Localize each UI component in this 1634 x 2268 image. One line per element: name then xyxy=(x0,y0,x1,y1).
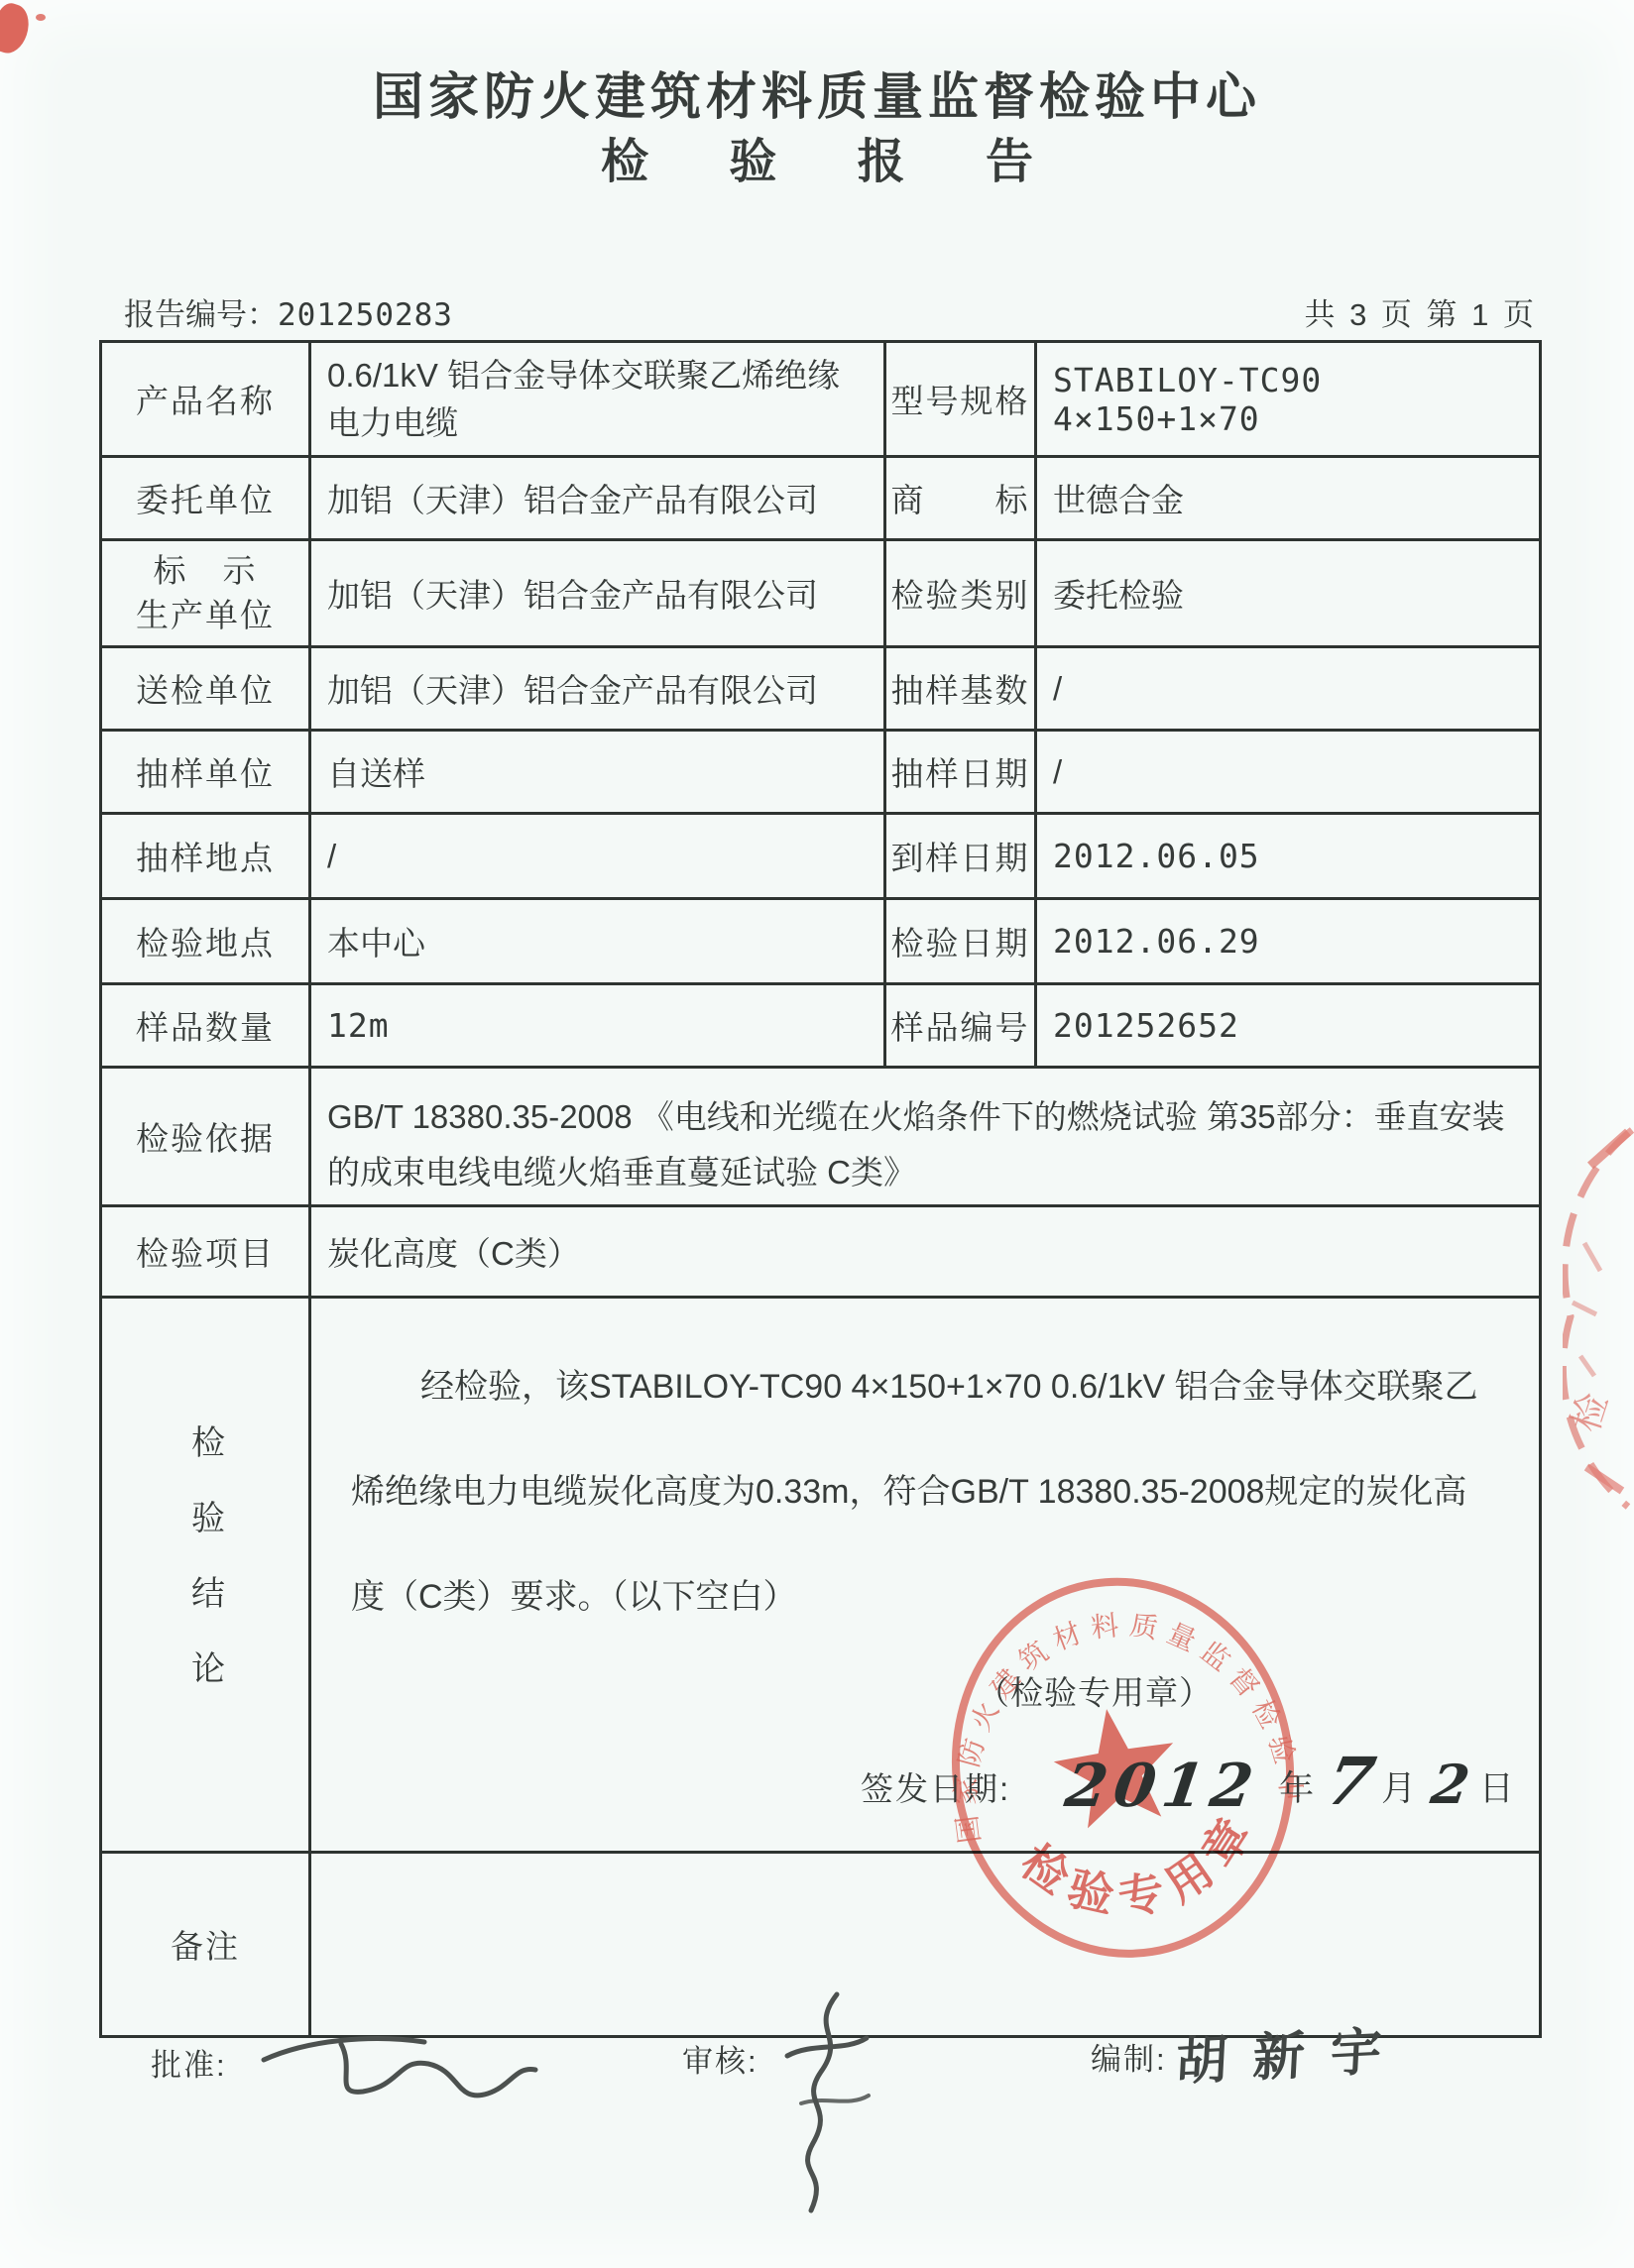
producer-name: 加铝（天津）铝合金产品有限公司 xyxy=(308,541,883,645)
table-row: 标 示 生产单位 加铝（天津）铝合金产品有限公司 检验类别 委托检验 xyxy=(102,538,1539,645)
conclusion-label: 检验结论 xyxy=(102,1299,308,1851)
review-label: 审核: xyxy=(682,2036,759,2081)
table-row: 产品名称 0.6/1kV 铝合金导体交联聚乙烯绝缘电力电缆 型号规格 STABI… xyxy=(102,343,1539,455)
inspection-basis: GB/T 18380.35-2008 《电线和光缆在火焰条件下的燃烧试验 第35… xyxy=(308,1069,1539,1204)
brand-name: 世德合金 xyxy=(1034,458,1539,538)
inspection-date: 2012.06.29 xyxy=(1034,900,1539,982)
page-count: 共 3 页 第 1 页 xyxy=(1304,289,1537,334)
row-label: 产品名称 xyxy=(102,343,308,455)
inspection-item: 炭化高度（C类） xyxy=(308,1207,1539,1296)
row-label: 检验依据 xyxy=(102,1069,308,1204)
client-name: 加铝（天津）铝合金产品有限公司 xyxy=(308,458,883,538)
issue-month-handwritten: 7 xyxy=(1320,1743,1382,1820)
row-label: 委托单位 xyxy=(102,458,308,538)
table-row-basis: 检验依据 GB/T 18380.35-2008 《电线和光缆在火焰条件下的燃烧试… xyxy=(102,1066,1539,1204)
row-label: 标 示 生产单位 xyxy=(102,541,308,645)
sampling-base: / xyxy=(1034,648,1539,729)
sampling-date: / xyxy=(1034,732,1539,812)
prepare-label: 编制: xyxy=(1091,2034,1167,2079)
row-label: 送检单位 xyxy=(102,648,308,729)
inspection-place: 本中心 xyxy=(308,900,883,982)
red-ink-artifact xyxy=(0,0,35,57)
sample-quantity: 12m xyxy=(308,985,883,1066)
table-row: 送检单位 加铝（天津）铝合金产品有限公司 抽样基数 / xyxy=(102,645,1539,729)
report-meta-row: 报告编号：201250283 共 3 页 第 1 页 xyxy=(124,289,1537,334)
row-label2: 商 标 xyxy=(883,458,1034,538)
report-title: 检 验 报 告 xyxy=(0,123,1634,191)
scanned-report-page: 国家防火建筑材料质量监督检验中心 检 验 报 告 报告编号：201250283 … xyxy=(0,0,1634,2268)
row-label2: 检验类别 xyxy=(883,541,1034,645)
model-spec: STABILOY-TC90 4×150+1×70 xyxy=(1034,343,1539,455)
report-number-label: 报告编号： xyxy=(124,297,278,332)
issue-month-unit: 月 xyxy=(1381,1761,1416,1811)
row-label: 检验项目 xyxy=(102,1207,308,1296)
approve-label: 批准: xyxy=(151,2040,227,2085)
table-row: 检验地点 本中心 检验日期 2012.06.29 xyxy=(102,897,1539,982)
inspection-type: 委托检验 xyxy=(1034,541,1539,645)
stamp-caption: （检验专用章） xyxy=(977,1667,1213,1714)
issue-date-line: 签发日期: 2012 年 7 月 2 日 xyxy=(861,1743,1520,1830)
row-label2: 抽样日期 xyxy=(883,732,1034,812)
table-row: 委托单位 加铝（天津）铝合金产品有限公司 商 标 世德合金 xyxy=(102,455,1539,538)
edge-stamp-artifact: 检 xyxy=(1563,1122,1634,1515)
row-label2: 检验日期 xyxy=(883,900,1034,982)
issue-date-label: 签发日期: xyxy=(861,1763,1010,1810)
arrival-date: 2012.06.05 xyxy=(1034,815,1539,897)
issue-year-unit: 年 xyxy=(1279,1761,1314,1811)
table-row: 抽样地点 / 到样日期 2012.06.05 xyxy=(102,812,1539,897)
row-label2: 抽样基数 xyxy=(883,648,1034,729)
issue-day-handwritten: 2 xyxy=(1428,1753,1474,1816)
row-label: 样品数量 xyxy=(102,985,308,1066)
sample-number: 201252652 xyxy=(1034,985,1539,1066)
review-signature xyxy=(750,1984,898,2232)
sampling-unit: 自送样 xyxy=(308,732,883,812)
issue-year-handwritten: 2012 xyxy=(1061,1752,1264,1821)
report-number: 报告编号：201250283 xyxy=(124,289,453,334)
row-value: 0.6/1kV 铝合金导体交联聚乙烯绝缘电力电缆 xyxy=(308,343,883,455)
report-number-value: 201250283 xyxy=(278,297,453,333)
prepare-signature-name: 胡新宇 xyxy=(1174,2008,1410,2096)
issue-day-unit: 日 xyxy=(1479,1761,1514,1811)
row-label: 抽样地点 xyxy=(102,815,308,897)
row-label: 检验地点 xyxy=(102,900,308,982)
red-ink-artifact-small xyxy=(36,14,46,21)
table-row-item: 检验项目 炭化高度（C类） xyxy=(102,1204,1539,1296)
row-label: 抽样单位 xyxy=(102,732,308,812)
row-label2: 到样日期 xyxy=(883,815,1034,897)
inspection-basis-text: GB/T 18380.35-2008 《电线和光缆在火焰条件下的燃烧试验 第35… xyxy=(311,1074,1539,1200)
sampling-place: / xyxy=(308,815,883,897)
submitting-unit: 加铝（天津）铝合金产品有限公司 xyxy=(308,648,883,729)
approval-footer: 批准: 审核: 编制: 胡新宇 xyxy=(0,2018,1634,2266)
table-row: 样品数量 12m 样品编号 201252652 xyxy=(102,982,1539,1066)
row-label2: 样品编号 xyxy=(883,985,1034,1066)
center-name-title: 国家防火建筑材料质量监督检验中心 xyxy=(0,56,1634,129)
approve-signature xyxy=(250,2004,547,2133)
product-name: 0.6/1kV 铝合金导体交联聚乙烯绝缘电力电缆 xyxy=(311,343,883,455)
row-label2: 型号规格 xyxy=(883,343,1034,455)
table-row: 抽样单位 自送样 抽样日期 / xyxy=(102,729,1539,812)
